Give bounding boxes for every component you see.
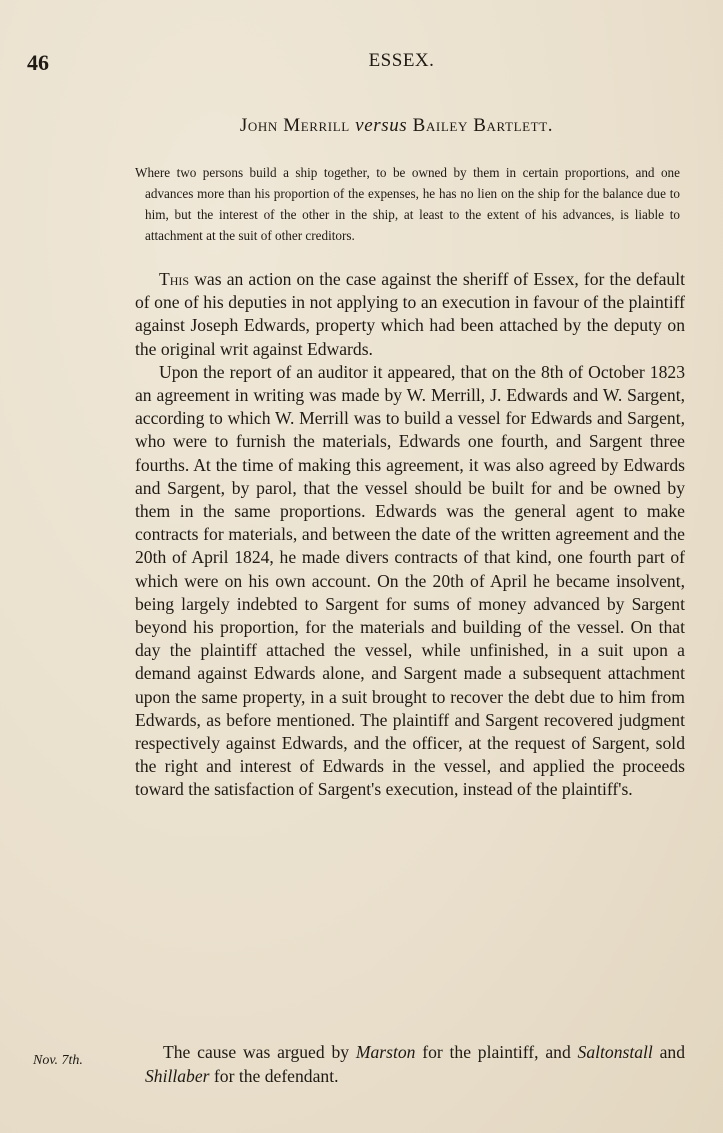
- argument-text-3: and: [653, 1042, 685, 1062]
- defendant-name: Bailey Bartlett.: [413, 115, 553, 136]
- paragraph-1: This was an action on the case against t…: [135, 268, 685, 361]
- paragraph-1-rest: was an action on the case against the sh…: [135, 269, 685, 359]
- plaintiff-name: John Merrill: [240, 115, 350, 136]
- margin-note: Nov. 7th.: [33, 1053, 83, 1069]
- counsel-defendant-2: Shillaber: [145, 1066, 210, 1086]
- counsel-plaintiff: Marston: [356, 1042, 416, 1062]
- body-text: This was an action on the case against t…: [135, 268, 685, 802]
- argument-paragraph: The cause was argued by Marston for the …: [145, 1040, 685, 1088]
- argument-text-1: The cause was argued by: [163, 1042, 356, 1062]
- paragraph-2: Upon the report of an auditor it appeare…: [135, 361, 685, 802]
- counsel-defendant-1: Saltonstall: [578, 1042, 653, 1062]
- headnote: Where two persons build a ship together,…: [135, 162, 680, 246]
- argument-text-2: for the plaintiff, and: [415, 1042, 577, 1062]
- case-title: John Merrill versus Bailey Bartlett.: [0, 115, 723, 137]
- argument-text-4: for the defendant.: [210, 1066, 339, 1086]
- paragraph-1-lead: This: [159, 269, 189, 289]
- versus: versus: [355, 115, 407, 136]
- running-head: ESSEX.: [0, 50, 723, 72]
- headnote-text: Where two persons build a ship together,…: [145, 162, 680, 246]
